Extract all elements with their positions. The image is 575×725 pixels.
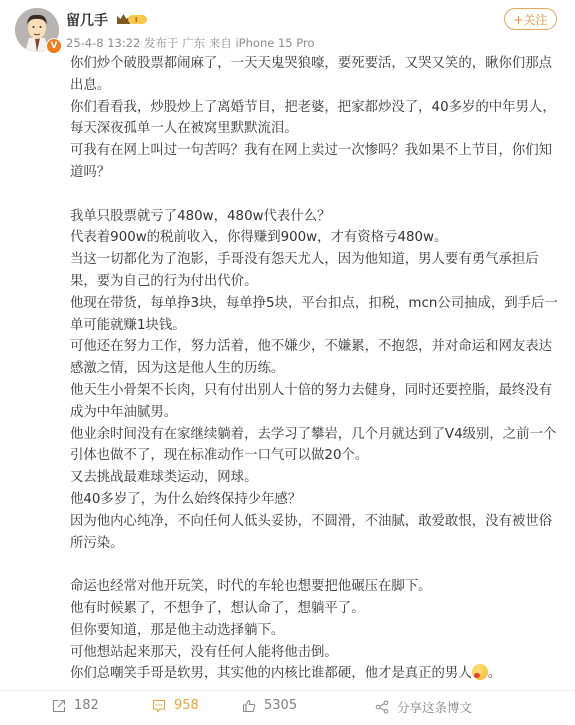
post-content: 你们炒个破股票都闹麻了，一天天鬼哭狼嚎，要死要活，又哭又笑的，瞅你们那点出息。 … xyxy=(70,53,560,685)
post-paragraph: 他有时候累了，不想争了，想认命了，想躺平了。 xyxy=(70,598,560,620)
post-paragraph: 他天生小骨架不长肉，只有付出别人十倍的努力去健身，同时还要控脂，最终没有成为中年… xyxy=(70,380,560,424)
post-paragraph: 又去挑战最难球类运动，网球。 xyxy=(70,467,560,489)
verified-badge-icon: V xyxy=(46,38,62,54)
paragraph-gap xyxy=(70,554,560,576)
crown-member-badge-icon[interactable] xyxy=(116,12,148,26)
last-line-text: 你们总嘲笑手哥是软男，其实他的内核比谁都硬，他才是真正的男人 xyxy=(70,666,472,681)
post-paragraph: 命运也经常对他开玩笑，时代的车轮也想要把他碾压在脚下。 xyxy=(70,576,560,598)
like-button[interactable]: 5305 xyxy=(242,698,297,713)
post-action-bar: 182 958 5305 分享这条博文 xyxy=(0,690,575,725)
blush-emoji-icon xyxy=(472,664,488,680)
post-paragraph: 你们看看我，炒股炒上了离婚节目，把老婆，把家都炒没了，40多岁的中年男人，每天深… xyxy=(70,97,560,141)
post-paragraph: 他40多岁了，为什么始终保持少年感？ xyxy=(70,489,560,511)
repost-count: 182 xyxy=(74,698,99,713)
share-button[interactable]: 分享这条博文 xyxy=(375,698,472,716)
paragraph-gap xyxy=(70,184,560,206)
repost-button[interactable]: 182 xyxy=(52,698,99,713)
post-meta: 25-4-8 13:22 发布于 广东 来自 iPhone 15 Pro xyxy=(66,35,315,51)
post-paragraph: 你们炒个破股票都闹麻了，一天天鬼哭狼嚎，要死要活，又哭又笑的，瞅你们那点出息。 xyxy=(70,53,560,97)
post-paragraph: 可他想站起来那天，没有任何人能将他击倒。 xyxy=(70,642,560,664)
last-line-suffix: 。 xyxy=(488,666,501,681)
author-name[interactable]: 留几手 xyxy=(66,10,108,30)
repost-icon xyxy=(52,699,66,713)
comment-count: 958 xyxy=(174,698,199,713)
post-paragraph-last: 你们总嘲笑手哥是软男，其实他的内核比谁都硬，他才是真正的男人。 xyxy=(70,663,560,685)
comment-icon xyxy=(152,699,166,713)
like-count: 5305 xyxy=(264,698,297,713)
post-paragraph: 因为他内心纯净，不向任何人低头妥协，不圆滑，不油腻，敢爱敢恨，没有被世俗所污染。 xyxy=(70,511,560,555)
share-icon xyxy=(375,700,389,714)
post-paragraph: 但你要知道，那是他主动选择躺下。 xyxy=(70,620,560,642)
post-paragraph: 他现在带货，每单挣3块，每单挣5块，平台扣点，扣税，mcn公司抽成，到手后一单可… xyxy=(70,293,560,337)
post-paragraph: 当这一切都化为了泡影，手哥没有怨天尤人，因为他知道，男人要有勇气承担后果，要为自… xyxy=(70,249,560,293)
share-label: 分享这条博文 xyxy=(397,698,472,716)
post-paragraph: 我单只股票就亏了480w，480w代表什么？ xyxy=(70,206,560,228)
post-paragraph: 可他还在努力工作，努力活着，他不嫌少，不嫌累，不抱怨，并对命运和网友表达感激之情… xyxy=(70,336,560,380)
comment-button[interactable]: 958 xyxy=(152,698,199,713)
thumbs-up-icon xyxy=(242,699,256,713)
follow-button[interactable]: +关注 xyxy=(504,8,557,30)
post-paragraph: 可我有在网上叫过一句苦吗？我有在网上卖过一次惨吗？我如果不上节目，你们知道吗？ xyxy=(70,140,560,184)
post-paragraph: 他业余时间没有在家继续躺着，去学习了攀岩，几个月就达到了V4级别，之前一个引体也… xyxy=(70,424,560,468)
post-header: V 留几手 25-4-8 13:22 发布于 广东 来自 iPhone 15 P… xyxy=(0,0,575,58)
post-paragraph: 代表着900w的税前收入，你得赚到900w，才有资格亏480w。 xyxy=(70,227,560,249)
